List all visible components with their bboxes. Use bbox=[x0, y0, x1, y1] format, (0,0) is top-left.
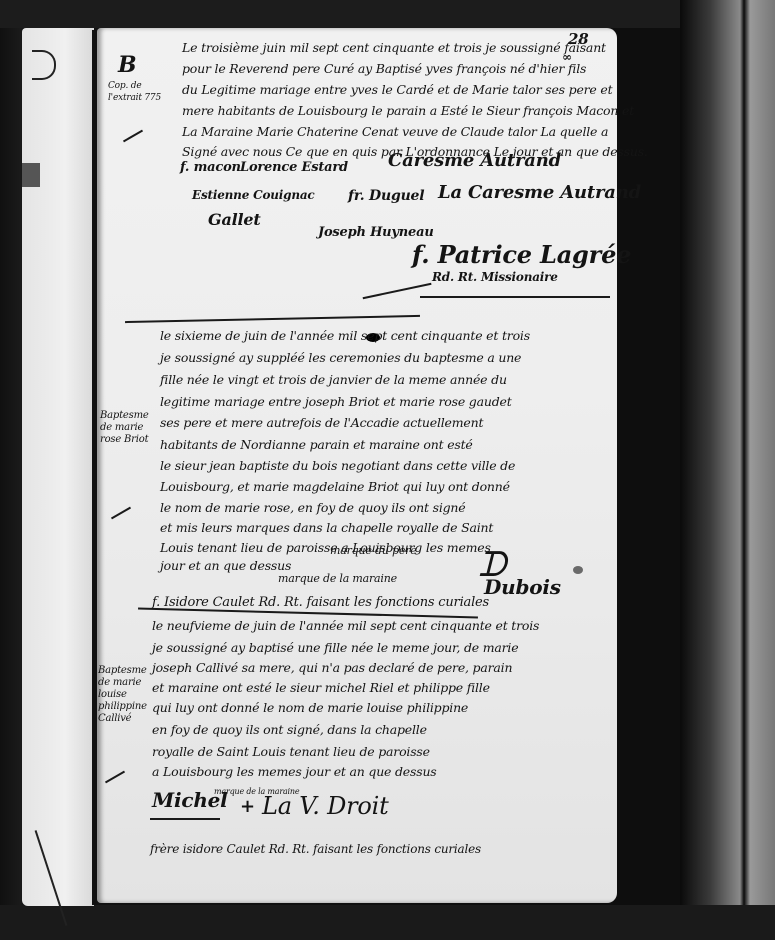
entry2-officiant-signature: f. Isidore Caulet Rd. Rt. faisant les fo… bbox=[152, 595, 489, 610]
entry3-line-6: en foy de quoy ils ont signé, dans la ch… bbox=[152, 722, 427, 737]
entry1-signature-couignac: Estienne Couignac bbox=[192, 188, 315, 202]
entry1-margin-note: Cop. de l'extrait 775 bbox=[108, 80, 166, 104]
entry1-signature-duguel: fr. Duguel bbox=[348, 188, 424, 204]
entry3-line-8: a Louisbourg les memes jour et an que de… bbox=[152, 764, 437, 779]
entry3-line-4: et maraine ont esté le sieur michel Riel… bbox=[152, 680, 490, 695]
entry2-line-9: le nom de marie rose, en foy de quoy ils… bbox=[160, 500, 465, 515]
entry2-line-10: et mis leurs marques dans la chapelle ro… bbox=[160, 520, 493, 535]
entry2-line-12: jour et an que dessus bbox=[160, 558, 291, 573]
entry2-line-8: Louisbourg, et marie magdelaine Briot qu… bbox=[160, 479, 510, 494]
entry1-signature-macon: f. macon bbox=[180, 160, 241, 175]
entry3-line-1: le neufvieme de juin de l'année mil sept… bbox=[152, 618, 539, 633]
scanner-bottom-edge bbox=[0, 905, 775, 940]
entry3-line-5: qui luy ont donné le nom de marie louise… bbox=[152, 700, 468, 715]
entry1-line-5: La Maraine Marie Chaterine Cenat veuve d… bbox=[182, 124, 608, 139]
entry1-margin-initial: B bbox=[118, 52, 136, 78]
entry2-godmother-mark-label: marque de la maraine bbox=[278, 572, 397, 585]
entry1-line-4: mere habitants de Louisbourg le parain a… bbox=[182, 103, 634, 118]
book-edge-right bbox=[680, 0, 775, 940]
entry1-signature-autrand: Caresme Autrand bbox=[388, 150, 561, 171]
ink-smudge bbox=[573, 566, 583, 574]
entry3-signature-droit: La V. Droit bbox=[262, 792, 389, 820]
entry1-line-2: pour le Reverend pere Curé ay Baptisé yv… bbox=[182, 61, 586, 76]
entry2-line-3: fille née le vingt et trois de janvier d… bbox=[160, 372, 507, 387]
entry2-father-mark-label: marque du pere bbox=[330, 544, 417, 557]
entry2-line-4: legitime mariage entre joseph Briot et m… bbox=[160, 394, 512, 409]
entry1-signature-estard: Lorence Estard bbox=[240, 160, 348, 175]
entry1-signature-gallet: Gallet bbox=[208, 210, 261, 229]
entry1-signature-la-caresme: La Caresme Autrand bbox=[438, 182, 641, 203]
entry3-signature-flourish bbox=[150, 818, 220, 820]
entry2-line-1: le sixieme de juin de l'année mil sept c… bbox=[160, 328, 530, 343]
entry2-signature-dubois: Dubois bbox=[484, 575, 561, 599]
entry3-line-7: royalle de Saint Louis tenant lieu de pa… bbox=[152, 744, 430, 759]
left-page-margin-mark bbox=[32, 50, 56, 80]
scanner-top-edge bbox=[0, 0, 775, 28]
entry2-margin-note: Baptesme de marie rose Briot bbox=[100, 410, 158, 446]
entry3-line-3: joseph Callivé sa mere, qui n'a pas decl… bbox=[152, 660, 512, 675]
entry2-line-11: Louis tenant lieu de paroisse a Louisbou… bbox=[160, 540, 491, 555]
left-page-tab bbox=[22, 163, 40, 187]
entry2-line-5: ses pere et mere autrefois de l'Accadie … bbox=[160, 415, 483, 430]
entry1-signature-huyneau: Joseph Huyneau bbox=[318, 225, 434, 240]
entry2-line-7: le sieur jean baptiste du bois negotiant… bbox=[160, 458, 515, 473]
entry1-line-1: Le troisième juin mil sept cent cinquant… bbox=[182, 40, 606, 55]
entry3-cross-mark: + bbox=[240, 796, 255, 817]
entry3-line-2: je soussigné ay baptisé une fille née le… bbox=[152, 640, 518, 655]
entry3-officiant-signature: frère isidore Caulet Rd. Rt. faisant les… bbox=[150, 842, 481, 856]
entry1-signature-lagree: f. Patrice Lagrée bbox=[412, 240, 631, 269]
entry1-line-3: du Legitime mariage entre yves le Cardé … bbox=[182, 82, 612, 97]
entry2-line-2: je soussigné ay suppléé les ceremonies d… bbox=[160, 350, 521, 365]
entry3-margin-note: Baptesme de marie louise philippine Call… bbox=[98, 665, 156, 725]
left-page-edge bbox=[22, 28, 94, 906]
entry1-signature-missionaire: Rd. Rt. Missionaire bbox=[432, 270, 558, 284]
entry1-flourish-right bbox=[420, 296, 610, 298]
entry2-line-6: habitants de Nordianne parain et maraine… bbox=[160, 437, 473, 452]
